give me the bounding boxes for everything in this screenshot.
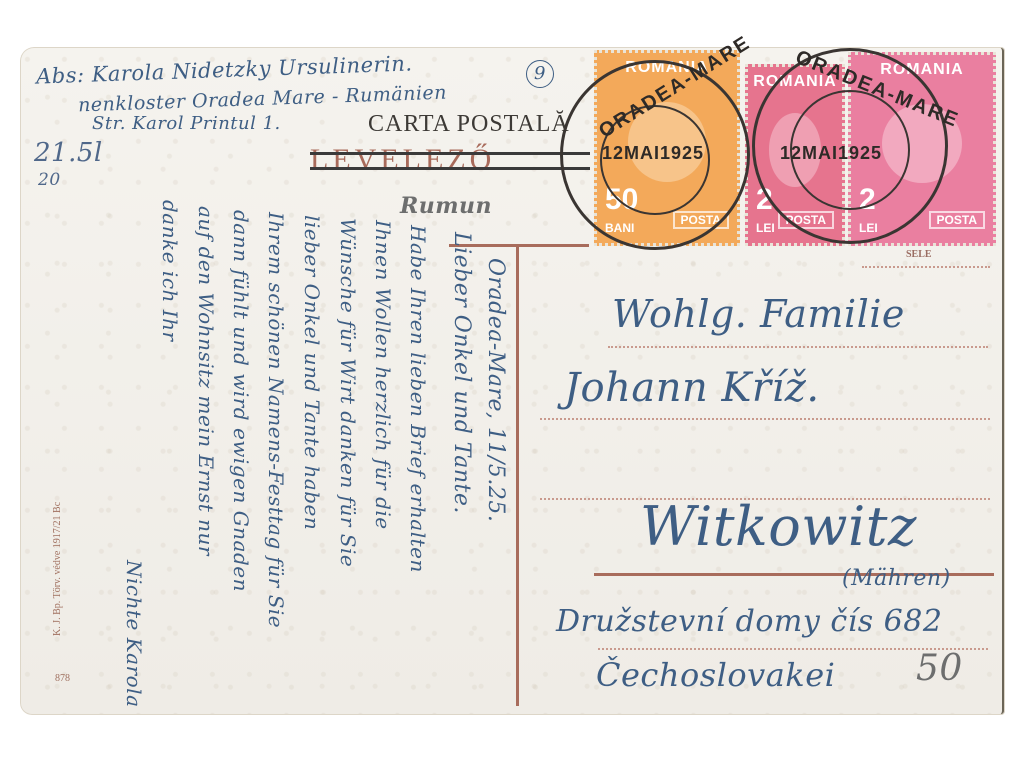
address-line-3-text: Witkowitz — [640, 495, 917, 558]
stamp-unit: LEI — [756, 221, 775, 235]
address-line-2-text: Johann Kříž. — [564, 365, 820, 411]
message-signature: Nichte Karola — [122, 560, 146, 708]
message-line-8: danke ich Ihr — [158, 200, 182, 342]
carta-postala-title: CARTA POSTALĂ — [368, 111, 570, 138]
pencil-note-below: 20 — [38, 170, 61, 190]
divider-vertical — [516, 244, 519, 706]
address-line-stamp — [862, 266, 990, 268]
address-line-5-text: Čechoslovakei — [596, 656, 835, 694]
stamp-label: POSTA — [929, 211, 985, 229]
message-line-3: Wünsche für Wirt danken für Sie — [336, 218, 360, 567]
address-line-2 — [540, 418, 990, 420]
circled-number: 9 — [526, 60, 554, 88]
message-line-2: Ihnen Wollen herzlich für die — [371, 220, 395, 530]
card-number: 878 — [55, 673, 70, 684]
address-line-5 — [598, 648, 988, 650]
pencil-note-bottom-right: 50 — [916, 648, 963, 689]
message-line-5: Ihrem schönen Namens-Festtag für Sie — [264, 212, 288, 628]
side-imprint: K. J. Bp. Törv. védve 1917/21 Bc — [52, 502, 63, 636]
address-line-1 — [608, 346, 988, 348]
message-line-1: Habe Ihren lieben Brief erhalten — [406, 225, 430, 573]
strike-line-bottom — [310, 167, 590, 170]
address-line-1-text: Wohlg. Familie — [612, 292, 905, 336]
address-region: (Mähren) — [842, 566, 951, 591]
message-greeting: Lieber Onkel und Tante. — [449, 232, 474, 514]
stamp-imprint: SELE — [906, 249, 932, 260]
message-line-4: lieber Onkel und Tante haben — [300, 215, 324, 530]
pencil-note-top-left: 21.5l — [34, 138, 103, 168]
sender-line-3: Str. Karol Printul 1. — [92, 113, 281, 134]
message-place-date: Oradea-Mare, 11/5.25. — [483, 258, 508, 522]
message-line-7: auf den Wohnsitz mein Ernst nur — [194, 206, 218, 556]
strike-line-top — [310, 152, 590, 155]
levelezo-title-struck: LEVELEZŐ — [310, 143, 495, 177]
pencil-note-center: Rumun — [400, 193, 492, 219]
address-line-4-text: Družstevní domy čís 682 — [556, 604, 942, 639]
message-line-6: dann fühlt und wird ewigen Gnaden — [229, 210, 253, 592]
postmark-date-1: 12MAI1925 — [602, 143, 704, 164]
postmark-date-2: 12MAI1925 — [780, 143, 882, 164]
